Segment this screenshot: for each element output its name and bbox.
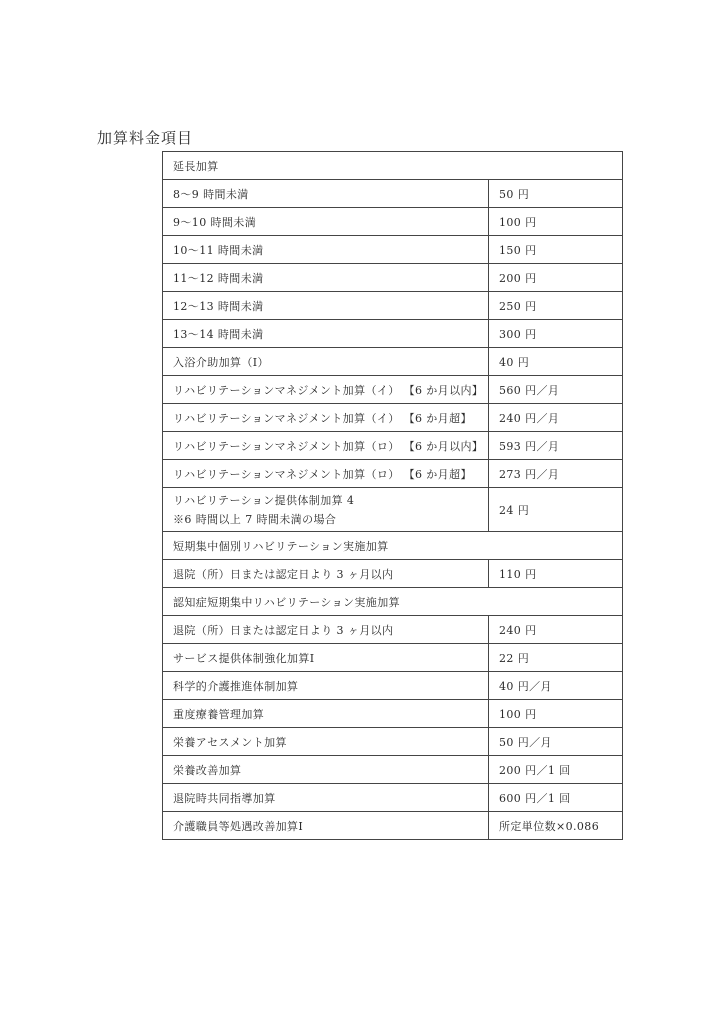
item-price: 600 円／1 回 [489, 784, 623, 812]
item-price: 240 円／月 [489, 404, 623, 432]
item-label: 退院（所）日または認定日より 3 ヶ月以内 [163, 560, 489, 588]
table-row: 介護職員等処遇改善加算Ⅰ 所定単位数×0.086 [163, 812, 623, 840]
section-label: 短期集中個別リハビリテーション実施加算 [163, 532, 623, 560]
item-price: 300 円 [489, 320, 623, 348]
item-label-line-1: リハビリテーション提供体制加算 4 [173, 491, 478, 510]
table-row: 9～10 時間未満 100 円 [163, 208, 623, 236]
table-row: 13～14 時間未満 300 円 [163, 320, 623, 348]
table-row: 12～13 時間未満 250 円 [163, 292, 623, 320]
item-price: 200 円／1 回 [489, 756, 623, 784]
section-label: 認知症短期集中リハビリテーション実施加算 [163, 588, 623, 616]
fee-table: 延長加算 8～9 時間未満 50 円 9～10 時間未満 100 円 10～11… [162, 151, 623, 840]
table-row: リハビリテーション提供体制加算 4 ※6 時間以上 7 時間未満の場合 24 円 [163, 488, 623, 532]
page-title: 加算料金項目 [97, 127, 193, 148]
item-price: 24 円 [489, 488, 623, 532]
table-row: 重度療養管理加算 100 円 [163, 700, 623, 728]
item-label: 8～9 時間未満 [163, 180, 489, 208]
item-label: 10～11 時間未満 [163, 236, 489, 264]
item-price: 150 円 [489, 236, 623, 264]
item-label: 12～13 時間未満 [163, 292, 489, 320]
table-section-row: 延長加算 [163, 152, 623, 180]
table-row: 8～9 時間未満 50 円 [163, 180, 623, 208]
table-row: 退院（所）日または認定日より 3 ヶ月以内 240 円 [163, 616, 623, 644]
item-label: 重度療養管理加算 [163, 700, 489, 728]
item-price: 273 円／月 [489, 460, 623, 488]
item-price: 50 円／月 [489, 728, 623, 756]
section-label: 延長加算 [163, 152, 623, 180]
table-row: 入浴介助加算（Ⅰ） 40 円 [163, 348, 623, 376]
item-label: 退院（所）日または認定日より 3 ヶ月以内 [163, 616, 489, 644]
item-label: 入浴介助加算（Ⅰ） [163, 348, 489, 376]
item-price: 200 円 [489, 264, 623, 292]
table-row: 退院（所）日または認定日より 3 ヶ月以内 110 円 [163, 560, 623, 588]
item-label: サービス提供体制強化加算Ⅰ [163, 644, 489, 672]
table-row: リハビリテーションマネジメント加算（イ） 【6 か月超】 240 円／月 [163, 404, 623, 432]
item-price: 22 円 [489, 644, 623, 672]
item-label: リハビリテーションマネジメント加算（イ） 【6 か月超】 [163, 404, 489, 432]
table-row: リハビリテーションマネジメント加算（イ） 【6 か月以内】 560 円／月 [163, 376, 623, 404]
item-label: 退院時共同指導加算 [163, 784, 489, 812]
table-section-row: 短期集中個別リハビリテーション実施加算 [163, 532, 623, 560]
table-section-row: 認知症短期集中リハビリテーション実施加算 [163, 588, 623, 616]
item-label: リハビリテーションマネジメント加算（ロ） 【6 か月以内】 [163, 432, 489, 460]
item-label: 科学的介護推進体制加算 [163, 672, 489, 700]
item-price: 100 円 [489, 208, 623, 236]
table-row: 栄養改善加算 200 円／1 回 [163, 756, 623, 784]
item-label: 13～14 時間未満 [163, 320, 489, 348]
item-price: 40 円 [489, 348, 623, 376]
item-price: 110 円 [489, 560, 623, 588]
item-label: リハビリテーション提供体制加算 4 ※6 時間以上 7 時間未満の場合 [163, 488, 489, 532]
table-row: 栄養アセスメント加算 50 円／月 [163, 728, 623, 756]
table-row: 11～12 時間未満 200 円 [163, 264, 623, 292]
document-page: 加算料金項目 延長加算 8～9 時間未満 50 円 9～10 時間未満 100 … [0, 0, 724, 1024]
item-price: 250 円 [489, 292, 623, 320]
table-row: 10～11 時間未満 150 円 [163, 236, 623, 264]
item-price: 100 円 [489, 700, 623, 728]
item-price: 593 円／月 [489, 432, 623, 460]
item-label: 栄養アセスメント加算 [163, 728, 489, 756]
table-row: サービス提供体制強化加算Ⅰ 22 円 [163, 644, 623, 672]
item-price: 40 円／月 [489, 672, 623, 700]
item-price: 240 円 [489, 616, 623, 644]
table-row: 退院時共同指導加算 600 円／1 回 [163, 784, 623, 812]
item-label: 介護職員等処遇改善加算Ⅰ [163, 812, 489, 840]
item-price: 所定単位数×0.086 [489, 812, 623, 840]
table-row: リハビリテーションマネジメント加算（ロ） 【6 か月以内】 593 円／月 [163, 432, 623, 460]
item-label: 9～10 時間未満 [163, 208, 489, 236]
table-row: 科学的介護推進体制加算 40 円／月 [163, 672, 623, 700]
item-label: リハビリテーションマネジメント加算（ロ） 【6 か月超】 [163, 460, 489, 488]
item-label: 11～12 時間未満 [163, 264, 489, 292]
item-label: 栄養改善加算 [163, 756, 489, 784]
item-price: 50 円 [489, 180, 623, 208]
item-price: 560 円／月 [489, 376, 623, 404]
item-label-line-2: ※6 時間以上 7 時間未満の場合 [173, 510, 478, 529]
item-label: リハビリテーションマネジメント加算（イ） 【6 か月以内】 [163, 376, 489, 404]
table-row: リハビリテーションマネジメント加算（ロ） 【6 か月超】 273 円／月 [163, 460, 623, 488]
